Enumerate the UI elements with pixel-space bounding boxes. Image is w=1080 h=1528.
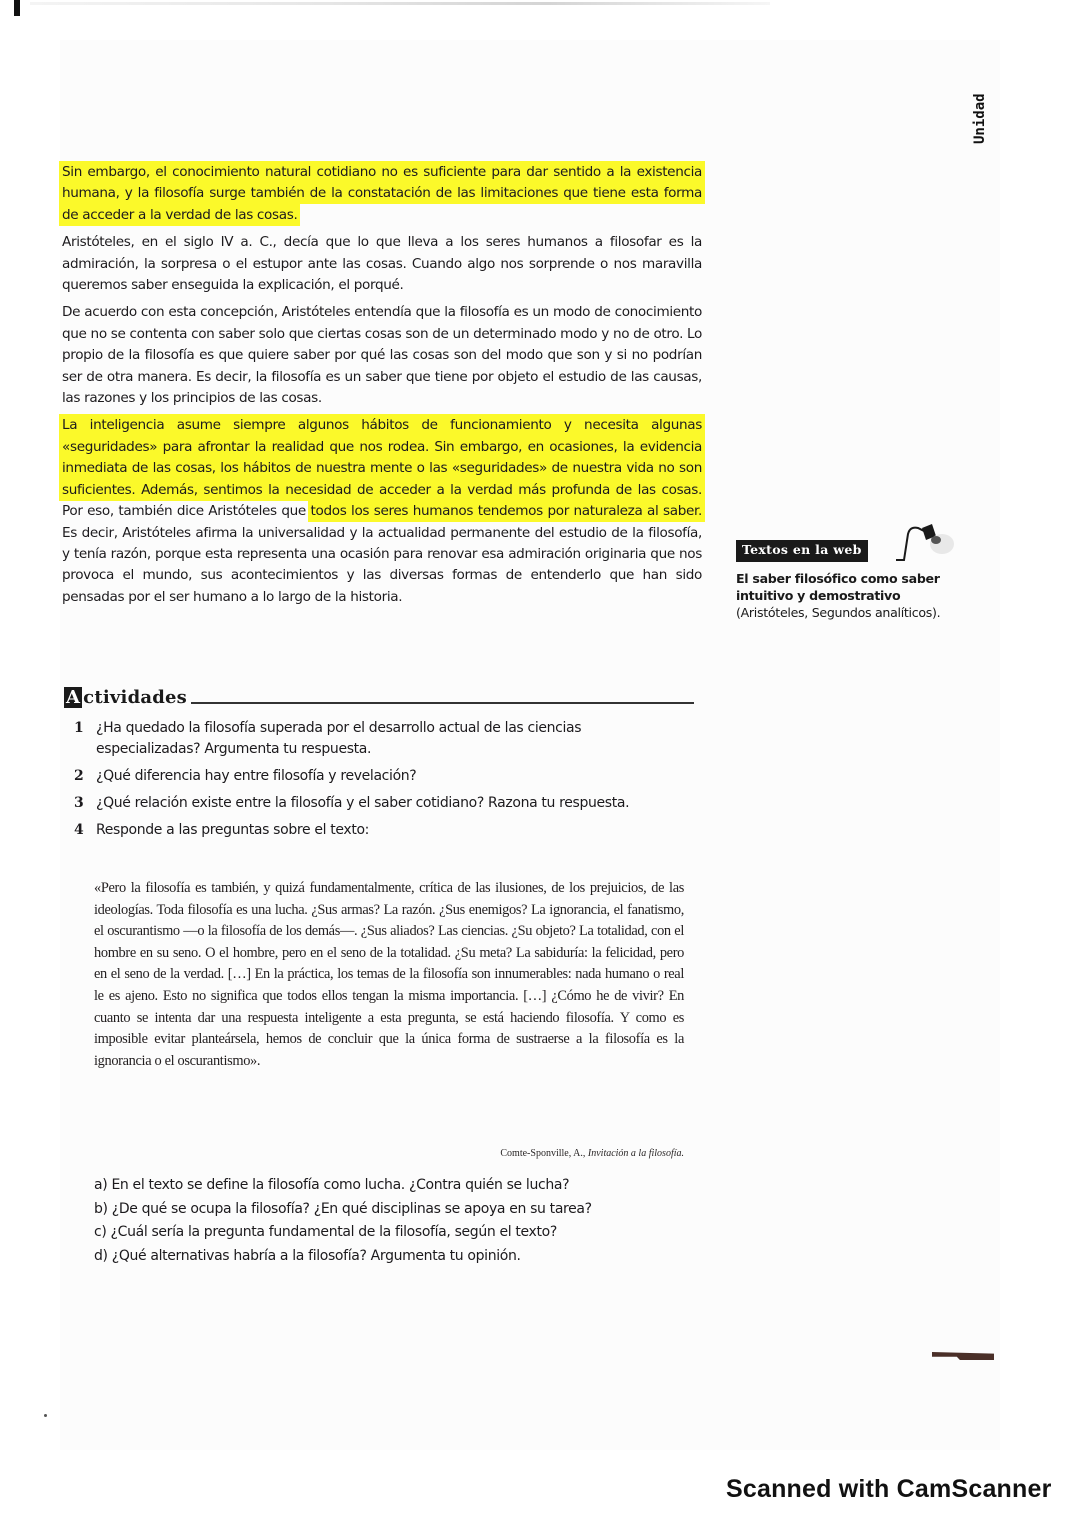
sub-question: d) ¿Qué alternativas habría a la filosof… (94, 1245, 694, 1269)
paragraph-text: Por eso, también dice Aristóteles que (62, 503, 311, 519)
citation-author: Comte-Sponville, A., (500, 1148, 588, 1159)
activity-number: 2 (74, 766, 96, 787)
sub-question: a) En el texto se define la filosofía co… (94, 1174, 694, 1198)
web-text-title: El saber filosófico como saber intuitivo… (736, 571, 940, 603)
lamp-icon (896, 522, 966, 564)
activity-item: 1 ¿Ha quedado la filosofía superada por … (74, 718, 684, 760)
highlighted-text: Sin embargo, el conocimiento natural cot… (62, 164, 702, 223)
citation-work: Invitación a la filosofía. (588, 1148, 684, 1159)
web-text-link[interactable]: El saber filosófico como saber intuitivo… (736, 570, 966, 621)
paragraph-text: De acuerdo con esta concepción, Aristóte… (62, 304, 702, 406)
activities-list: 1 ¿Ha quedado la filosofía superada por … (74, 718, 684, 847)
activities-title: Actividades (64, 687, 187, 708)
activity-item: 2 ¿Qué diferencia hay entre filosofía y … (74, 766, 684, 787)
sub-question: b) ¿De qué se ocupa la filosofía? ¿En qu… (94, 1198, 694, 1222)
activity-item: 4 Responde a las preguntas sobre el text… (74, 820, 684, 841)
paragraph-4: La inteligencia asume siempre algunos há… (62, 415, 702, 608)
activity-text: ¿Qué diferencia hay entre filosofía y re… (96, 766, 684, 787)
paragraph-2: Aristóteles, en el siglo IV a. C., decía… (62, 232, 702, 296)
activity-number: 1 (74, 718, 96, 760)
web-texts-box: Textos en la web El saber filosófico com… (736, 522, 966, 621)
activities-header: Actividades (64, 682, 694, 708)
header-rule (191, 702, 694, 704)
activity-number: 4 (74, 820, 96, 841)
quoted-text: «Pero la filosofía es también, y quizá f… (94, 878, 684, 1072)
unit-label: Unidad (972, 88, 1002, 150)
highlighted-text: La inteligencia asume siempre algunos há… (62, 417, 702, 497)
activity-number: 3 (74, 793, 96, 814)
activity-item: 3 ¿Qué relación existe entre la filosofí… (74, 793, 684, 814)
sub-question: c) ¿Cuál sería la pregunta fundamental d… (94, 1221, 694, 1245)
highlighted-text: todos los seres humanos tendemos por nat… (311, 503, 703, 519)
paragraph-text: Es decir, Aristóteles afirma la universa… (62, 525, 702, 605)
activity-text: ¿Qué relación existe entre la filosofía … (96, 793, 684, 814)
page-edge-mark (14, 0, 20, 16)
paragraph-text: Aristóteles, en el siglo IV a. C., decía… (62, 234, 702, 293)
main-text-column: Sin embargo, el conocimiento natural cot… (62, 162, 702, 614)
web-tag-wrap: Textos en la web (736, 522, 966, 562)
camscanner-watermark: Scanned with CamScanner (726, 1475, 1052, 1504)
citation: Comte-Sponville, A., Invitación a la fil… (94, 1148, 684, 1159)
scan-speck (44, 1414, 47, 1417)
activity-text: Responde a las preguntas sobre el texto: (96, 820, 684, 841)
activities-title-rest: ctividades (83, 687, 187, 708)
activity-text: ¿Ha quedado la filosofía superada por el… (96, 718, 684, 760)
sub-questions: a) En el texto se define la filosofía co… (94, 1174, 694, 1268)
top-rule (30, 2, 770, 5)
web-texts-tag: Textos en la web (736, 540, 868, 562)
paragraph-3: De acuerdo con esta concepción, Aristóte… (62, 302, 702, 409)
paragraph-1: Sin embargo, el conocimiento natural cot… (62, 162, 702, 226)
web-text-reference: (Aristóteles, Segundos analíticos). (736, 605, 940, 620)
activities-title-cap: A (64, 687, 82, 708)
